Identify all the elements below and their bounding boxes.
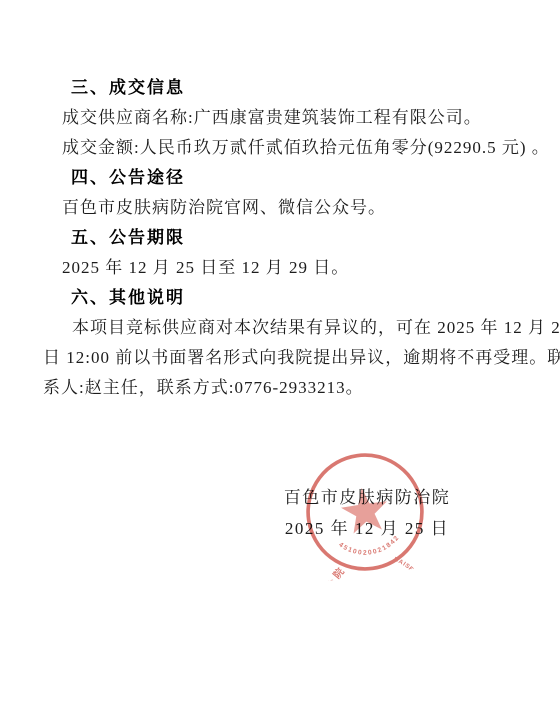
line-announcement-period: 2025 年 12 月 25 日至 12 月 29 日。 — [43, 253, 542, 283]
heading-announcement-channel: 四、公告途径 — [43, 163, 542, 193]
para-other-notes-line1: 本项目竞标供应商对本次结果有异议的，可在 2025 年 12 月 29 — [43, 313, 542, 343]
signature-date: 2025 年 12 月 25 日 — [252, 513, 482, 544]
line-announcement-channel: 百色市皮肤病防治院官网、微信公众号。 — [43, 193, 542, 223]
line-supplier-name: 成交供应商名称:广西康富贵建筑装饰工程有限公司。 — [43, 103, 542, 133]
heading-transaction-info: 三、成交信息 — [43, 73, 542, 103]
heading-announcement-period: 五、公告期限 — [43, 223, 542, 253]
para-other-notes-line2: 日 12:00 前以书面署名形式向我院提出异议，逾期将不再受理。联 — [43, 343, 542, 373]
line-transaction-amount: 成交金额:人民币玖万贰仟贰佰玖拾元伍角零分(92290.5 元) 。 — [43, 133, 542, 163]
para-other-notes-line3: 系人:赵主任，联系方式:0776-2933213。 — [43, 373, 542, 403]
announcement-page: 三、成交信息 成交供应商名称:广西康富贵建筑装饰工程有限公司。 成交金额:人民币… — [0, 0, 560, 711]
signature-block: 百色市皮肤病防治院 2025 年 12 月 25 日 — [252, 482, 482, 544]
signature-organization: 百色市皮肤病防治院 — [252, 482, 482, 513]
heading-other-notes: 六、其他说明 — [43, 283, 542, 313]
